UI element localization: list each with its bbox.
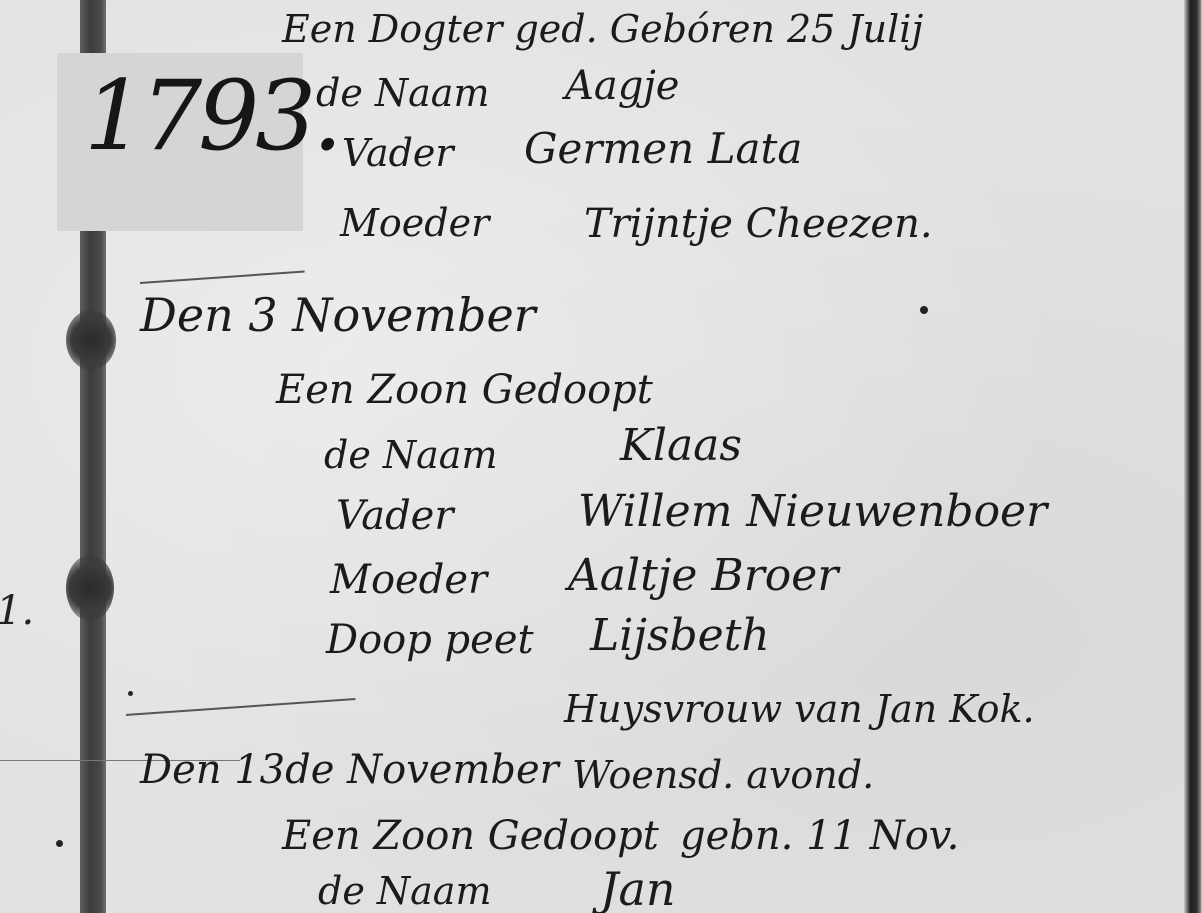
entry2-godparent-label: Doop peet: [326, 620, 534, 660]
entry2-line1: Een Zoon Gedoopt: [276, 370, 653, 410]
entry3-birth-note: gebn. 11 Nov.: [680, 816, 959, 856]
ink-dot: [128, 691, 133, 696]
entry3-line1: Een Zoon Gedoopt: [282, 816, 659, 856]
entry2-name-value: Klaas: [620, 424, 742, 468]
entry2-father-value: Willem Nieuwenboer: [578, 490, 1047, 534]
entry1-name-value: Aagje: [565, 66, 679, 106]
entry1-mother-value: Trijntje Cheezen.: [584, 204, 933, 244]
entry-separator: [126, 698, 356, 716]
year-margin: 1793.: [84, 68, 339, 164]
entry1-mother-label: Moeder: [340, 204, 489, 242]
ink-dot: [920, 306, 928, 314]
entry1-name-label: de Naam: [316, 74, 490, 112]
entry3-date: Den 13de November: [140, 750, 559, 790]
ink-blot: [66, 555, 114, 621]
entry2-godparent-value: Lijsbeth: [590, 614, 770, 658]
entry1-father-label: Vader: [342, 134, 454, 172]
entry1-line1: Een Dogter ged. Gebóren 25 Julij: [282, 10, 923, 48]
entry2-father-label: Vader: [336, 496, 453, 536]
entry1-father-value: Germen Lata: [524, 128, 802, 170]
manuscript-page: 1793. Een Dogter ged. Gebóren 25 Julij d…: [0, 0, 1202, 913]
entry3-date-note: Woensd. avond.: [572, 756, 874, 794]
entry2-date: Den 3 November: [140, 292, 536, 338]
ink-dot: [56, 840, 63, 847]
margin-mark: 1.: [0, 588, 34, 634]
entry2-mother-value: Aaltje Broer: [568, 554, 838, 598]
page-edge: [1184, 0, 1202, 913]
entry-separator: [140, 270, 305, 284]
ink-blot: [66, 310, 116, 370]
entry3-name-label: de Naam: [318, 872, 492, 910]
entry2-godparent-note: Huysvrouw van Jan Kok.: [564, 690, 1035, 728]
entry3-name-value: Jan: [600, 866, 676, 912]
entry2-mother-label: Moeder: [330, 560, 487, 600]
entry2-name-label: de Naam: [324, 436, 498, 474]
